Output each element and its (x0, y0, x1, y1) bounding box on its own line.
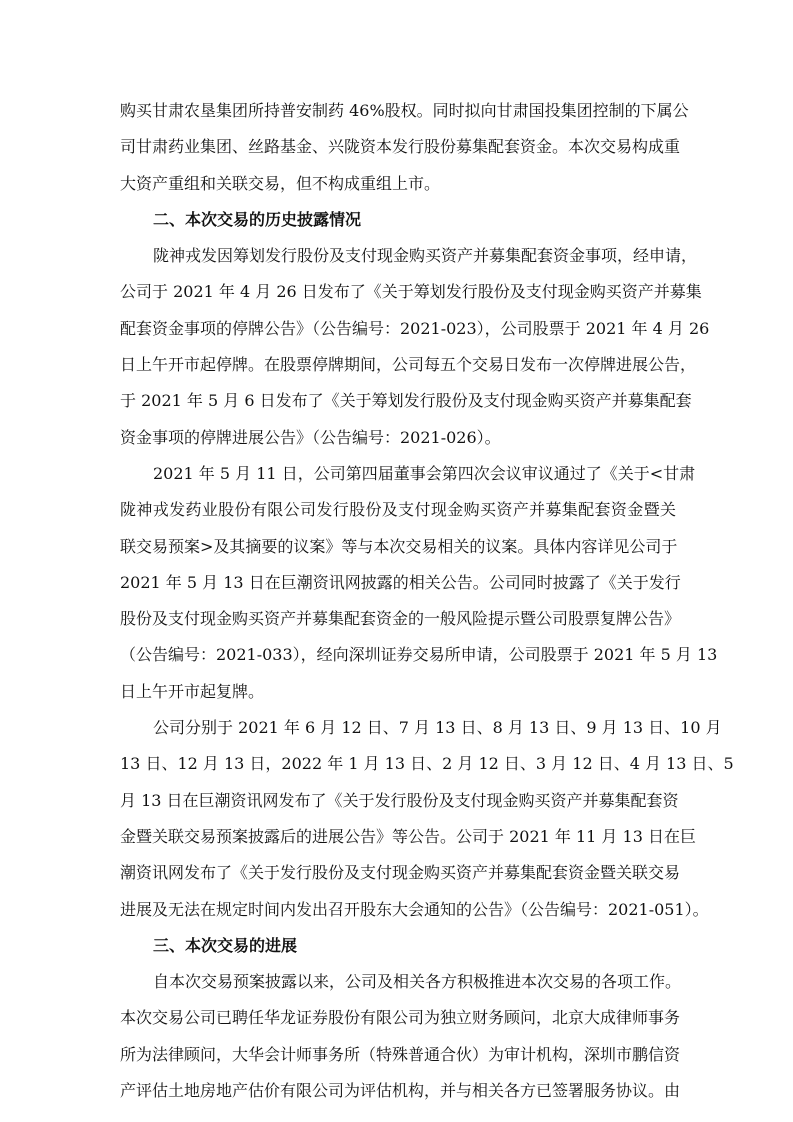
text-line: 月 13 日在巨潮资讯网发布了《关于发行股份及支付现金购买资产并募集配套资 (120, 788, 676, 824)
text-line: 配套资金事项的停牌公告》（公告编号：2021-023），公司股票于 2021 年… (120, 316, 676, 352)
text-line: 股份及支付现金购买资产并募集配套资金的一般风险提示暨公司股票复牌公告》 (120, 606, 676, 642)
text-line: 进展及无法在规定时间内发出召开股东大会通知的公告》（公告编号：2021-051）… (120, 897, 676, 933)
section-heading-disclosure-history: 二、本次交易的历史披露情况 (120, 207, 676, 243)
document-page: 购买甘肃农垦集团所持普安制药 46%股权。同时拟向甘肃国投集团控制的下属公 司甘… (120, 98, 676, 1114)
text-line: 于 2021 年 5 月 6 日发布了《关于筹划发行股份及支付现金购买资产并募集… (120, 388, 676, 424)
text-line: 2021 年 5 月 13 日在巨潮资讯网披露的相关公告。公司同时披露了《关于发… (120, 570, 676, 606)
text-line: 公司于 2021 年 4 月 26 日发布了《关于筹划发行股份及支付现金购买资产… (120, 279, 676, 315)
paragraph-advisors: 自本次交易预案披露以来，公司及相关各方积极推进本次交易的各项工作。 本次交易公司… (120, 969, 676, 1114)
text-line: 金暨关联交易预案披露后的进展公告》等公告。公司于 2021 年 11 月 13 … (120, 824, 676, 860)
paragraph-suspension: 陇神戎发因筹划发行股份及支付现金购买资产并募集配套资金事项，经申请， 公司于 2… (120, 243, 676, 461)
text-line: 司甘肃药业集团、丝路基金、兴陇资本发行股份募集配套资金。本次交易构成重 (120, 134, 676, 170)
text-line: 潮资讯网发布了《关于发行股份及支付现金购买资产并募集配套资金暨关联交易 (120, 860, 676, 896)
text-line: 产评估土地房地产估价有限公司为评估机构，并与相关各方已签署服务协议。由 (120, 1078, 676, 1114)
text-line: 资金事项的停牌进展公告》（公告编号：2021-026）。 (120, 425, 676, 461)
paragraph-transaction-summary: 购买甘肃农垦集团所持普安制药 46%股权。同时拟向甘肃国投集团控制的下属公 司甘… (120, 98, 676, 207)
text-line: 日上午开市起停牌。在股票停牌期间，公司每五个交易日发布一次停牌进展公告， (120, 352, 676, 388)
section-heading-transaction-progress: 三、本次交易的进展 (120, 933, 676, 969)
text-line: 本次交易公司已聘任华龙证券股份有限公司为独立财务顾问，北京大成律师事务 (120, 1005, 676, 1041)
text-line: 所为法律顾问，大华会计师事务所（特殊普通合伙）为审计机构，深圳市鹏信资 (120, 1042, 676, 1078)
text-line: 自本次交易预案披露以来，公司及相关各方积极推进本次交易的各项工作。 (120, 969, 676, 1005)
text-line: 2021 年 5 月 11 日，公司第四届董事会第四次会议审议通过了《关于<甘肃 (120, 461, 676, 497)
text-line: 购买甘肃农垦集团所持普安制药 46%股权。同时拟向甘肃国投集团控制的下属公 (120, 98, 676, 134)
text-line: 陇神戎发因筹划发行股份及支付现金购买资产并募集配套资金事项，经申请， (120, 243, 676, 279)
text-line: 大资产重组和关联交易，但不构成重组上市。 (120, 171, 676, 207)
text-line: （公告编号：2021-033），经向深圳证券交易所申请，公司股票于 2021 年… (120, 642, 676, 678)
text-line: 13 日、12 月 13 日，2022 年 1 月 13 日、2 月 12 日、… (120, 751, 676, 787)
text-line: 联交易预案>及其摘要的议案》等与本次交易相关的议案。具体内容详见公司于 (120, 534, 676, 570)
paragraph-progress-announcements: 公司分别于 2021 年 6 月 12 日、7 月 13 日、8 月 13 日、… (120, 715, 676, 933)
text-line: 日上午开市起复牌。 (120, 679, 676, 715)
paragraph-board-resolution: 2021 年 5 月 11 日，公司第四届董事会第四次会议审议通过了《关于<甘肃… (120, 461, 676, 715)
text-line: 公司分别于 2021 年 6 月 12 日、7 月 13 日、8 月 13 日、… (120, 715, 676, 751)
text-line: 陇神戎发药业股份有限公司发行股份及支付现金购买资产并募集配套资金暨关 (120, 497, 676, 533)
